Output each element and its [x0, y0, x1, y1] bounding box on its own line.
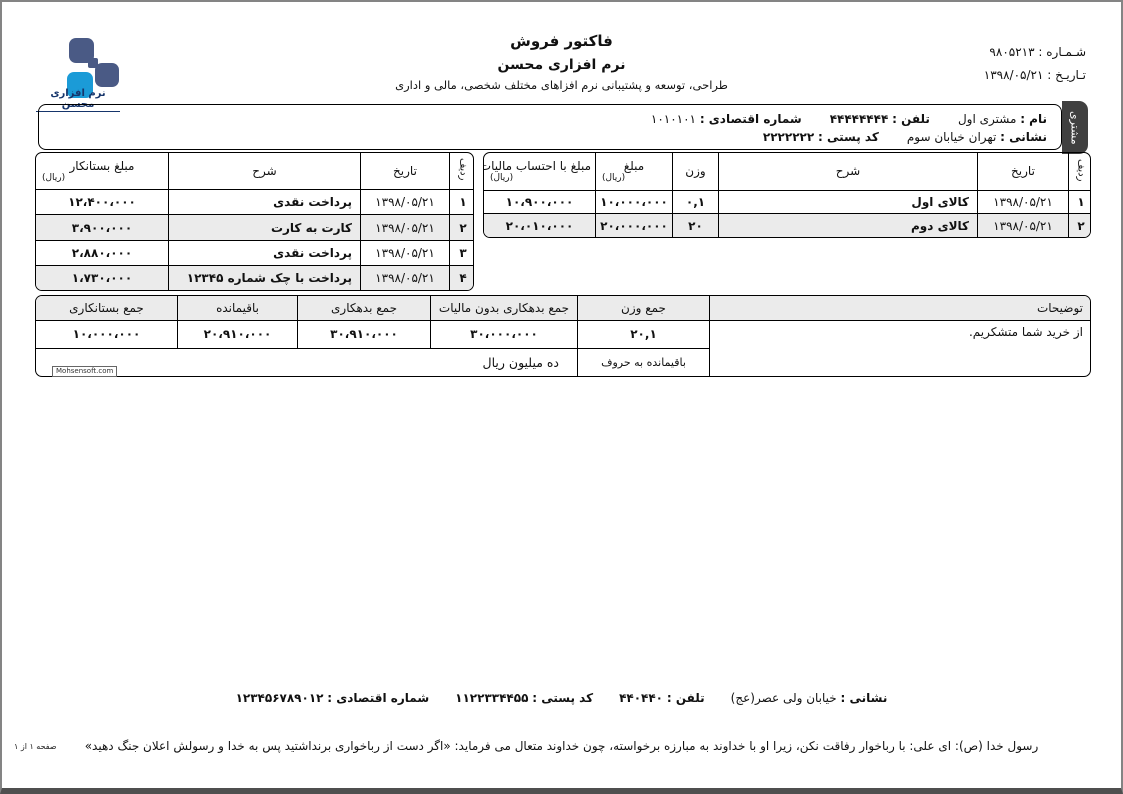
items-header-date: تاریخ: [978, 153, 1069, 191]
summary-values-row: از خرید شما متشکریم. ۲۰,۱ ۳۰،۰۰۰،۰۰۰ ۳۰،…: [36, 321, 1092, 348]
customer-address: نشانی : تهران خیابان سوم: [907, 128, 1047, 146]
customer-tab: مشتری: [1062, 101, 1088, 154]
table-row: ۲ ۱۳۹۸/۰۵/۲۱ کارت به کارت ۳،۹۰۰،۰۰۰: [36, 215, 475, 240]
customer-line-1: نام : مشتری اول تلفن : ۴۴۴۴۴۴۴۴ شماره اق…: [53, 110, 1047, 128]
summary-header-row: توضیحات جمع وزن جمع بدهکاری بدون مالیات …: [36, 296, 1092, 321]
items-header-desc: شرح: [719, 153, 978, 191]
items-table: ردیف تاریخ شرح وزن مبلغ(ریال) مبلغ با اح…: [483, 152, 1091, 238]
invoice-number: شـمـاره : ۹۸۰۵۲۱۳: [984, 41, 1086, 64]
invoice-date-label: تـاریـخ :: [1047, 68, 1086, 82]
table-row: ۱ ۱۳۹۸/۰۵/۲۱ پرداخت نقدی ۱۲،۴۰۰،۰۰۰: [36, 190, 475, 215]
summary-credit-total-value: ۱۰،۰۰۰،۰۰۰: [36, 321, 178, 348]
watermark: Mohsensoft.com: [52, 366, 117, 377]
company-name: نرم افزاری محسن: [2, 57, 1121, 73]
summary-header-debit: جمع بدهکاری: [298, 296, 431, 321]
items-header-weight: وزن: [673, 153, 719, 191]
summary-header-notes: توضیحات: [710, 296, 1092, 321]
summary-header-debit-no-tax: جمع بدهکاری بدون مالیات: [431, 296, 578, 321]
summary-remaining-value: ۲۰،۹۱۰،۰۰۰: [178, 321, 298, 348]
footer-quote: رسول خدا (ص): ای علی: با رباخوار رفاقت ن…: [2, 739, 1121, 753]
customer-economic-number: شماره اقتصادی : ۱۰۱۰۱۰۱: [651, 110, 802, 128]
invoice-title: فاکتور فروش: [2, 32, 1121, 50]
items-header-rowno: ردیف: [1069, 153, 1092, 191]
header-title-block: فاکتور فروش نرم افزاری محسن طراحی، توسعه…: [2, 32, 1121, 92]
invoice-page: نرم افزاری محسن فاکتور فروش نرم افزاری م…: [0, 0, 1123, 794]
footer-phone: تلفن : ۴۴۰۴۴۰: [619, 691, 705, 705]
summary-header-credit-total: جمع بستانکاری: [36, 296, 178, 321]
invoice-number-value: ۹۸۰۵۲۱۳: [989, 45, 1034, 59]
company-tagline: طراحی، توسعه و پشتیبانی نرم افزاهای مختل…: [2, 78, 1121, 92]
items-header-row: ردیف تاریخ شرح وزن مبلغ(ریال) مبلغ با اح…: [484, 153, 1092, 191]
footer-address: نشانی : خیابان ولی عصر(عج): [731, 691, 888, 705]
summary-table: توضیحات جمع وزن جمع بدهکاری بدون مالیات …: [35, 295, 1091, 377]
summary-total-weight-value: ۲۰,۱: [578, 321, 710, 348]
summary-debit-value: ۳۰،۹۱۰،۰۰۰: [298, 321, 431, 348]
summary-notes-value: از خرید شما متشکریم.: [710, 321, 1092, 377]
page-number: صفحه ۱ از ۱: [14, 742, 57, 751]
invoice-date-value: ۱۳۹۸/۰۵/۲۱: [984, 68, 1044, 82]
table-row: ۴ ۱۳۹۸/۰۵/۲۱ پرداخت با چک شماره ۱۲۳۴۵ ۱،…: [36, 265, 475, 290]
footer-company-info: نشانی : خیابان ولی عصر(عج) تلفن : ۴۴۰۴۴۰…: [2, 691, 1121, 705]
items-header-amount: مبلغ(ریال): [596, 153, 673, 191]
table-row: ۳ ۱۳۹۸/۰۵/۲۱ پرداخت نقدی ۲،۸۸۰،۰۰۰: [36, 240, 475, 265]
payments-header-desc: شرح: [169, 153, 361, 190]
payments-header-row: ردیف تاریخ شرح مبلغ بستانکار(ریال): [36, 153, 475, 190]
customer-phone: تلفن : ۴۴۴۴۴۴۴۴: [830, 110, 930, 128]
summary-debit-no-tax-value: ۳۰،۰۰۰،۰۰۰: [431, 321, 578, 348]
remaining-in-words-label: باقیمانده به حروف: [578, 348, 710, 376]
items-header-amount-tax: مبلغ با احتساب مالیات(ریال): [484, 153, 596, 191]
payments-header-rowno: ردیف: [450, 153, 475, 190]
table-row: ۱ ۱۳۹۸/۰۵/۲۱ کالای اول ۰,۱ ۱۰،۰۰۰،۰۰۰ ۱۰…: [484, 190, 1092, 214]
summary-header-remaining: باقیمانده: [178, 296, 298, 321]
payments-header-credit: مبلغ بستانکار(ریال): [36, 153, 169, 190]
customer-name: نام : مشتری اول: [958, 110, 1047, 128]
invoice-number-label: شـمـاره :: [1038, 45, 1086, 59]
footer-postal-code: کد پستی : ۱۱۲۲۳۳۴۴۵۵: [455, 691, 593, 705]
invoice-number-date: شـمـاره : ۹۸۰۵۲۱۳ تـاریـخ : ۱۳۹۸/۰۵/۲۱: [984, 41, 1086, 87]
customer-tab-label: مشتری: [1069, 111, 1082, 145]
customer-info-box: نام : مشتری اول تلفن : ۴۴۴۴۴۴۴۴ شماره اق…: [38, 104, 1062, 150]
summary-header-total-weight: جمع وزن: [578, 296, 710, 321]
footer-economic-number: شماره اقتصادی : ۱۲۳۴۵۶۷۸۹۰۱۲: [236, 691, 430, 705]
invoice-date: تـاریـخ : ۱۳۹۸/۰۵/۲۱: [984, 64, 1086, 87]
table-row: ۲ ۱۳۹۸/۰۵/۲۱ کالای دوم ۲۰ ۲۰،۰۰۰،۰۰۰ ۲۰،…: [484, 214, 1092, 238]
customer-line-2: نشانی : تهران خیابان سوم کد پستی : ۲۲۲۲۲…: [53, 128, 1047, 146]
payments-header-date: تاریخ: [361, 153, 450, 190]
payments-table: ردیف تاریخ شرح مبلغ بستانکار(ریال) ۱ ۱۳۹…: [35, 152, 474, 291]
customer-postal-code: کد پستی : ۲۲۲۲۲۲۲: [763, 128, 879, 146]
